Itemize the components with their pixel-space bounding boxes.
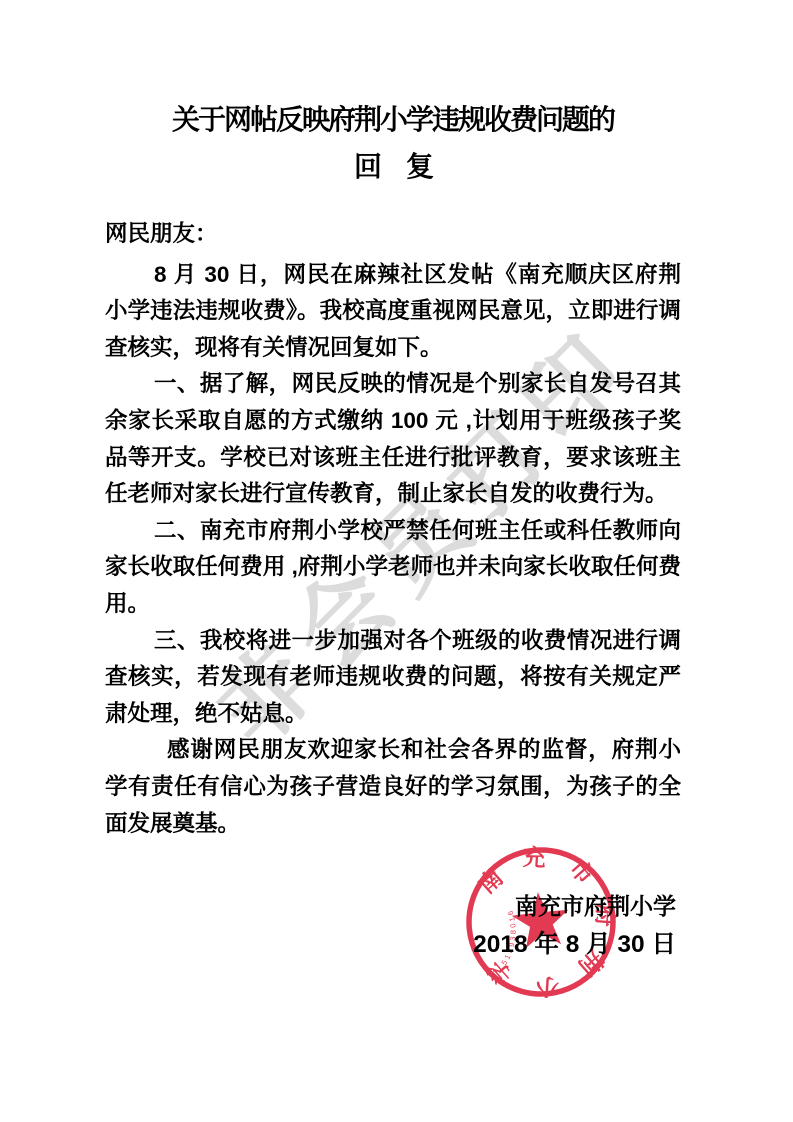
document-body: 关于网帖反映府荆小学违规收费问题的 回 复 网民朋友： 8 月 30 日，网民在… <box>105 0 681 842</box>
signature-date: 2018 年 8 月 30 日 <box>473 925 676 964</box>
document-title: 关于网帖反映府荆小学违规收费问题的 回 复 <box>105 96 681 190</box>
title-line-2: 回 复 <box>105 143 681 190</box>
signature-school-name: 南充市府荆小学 <box>473 888 676 925</box>
title-line-1: 关于网帖反映府荆小学违规收费问题的 <box>105 96 681 143</box>
document-page: { "page": { "background": "#ffffff" }, "… <box>0 0 793 1122</box>
body-paragraph: 三、我校将进一步加强对各个班级的收费情况进行调查核实，若发现有老师违规收费的问题… <box>105 623 681 733</box>
body-paragraph: 感谢网民朋友欢迎家长和社会各界的监督，府荆小学有责任有信心为孩子营造良好的学习氛… <box>105 732 681 842</box>
salutation: 网民朋友： <box>105 216 681 253</box>
body-paragraph: 8 月 30 日，网民在麻辣社区发帖《南充顺庆区府荆小学违法违规收费》。我校高度… <box>105 257 681 367</box>
body-paragraph: 二、南充市府荆小学校严禁任何班主任或科任教师向家长收取任何费用 ,府荆小学老师也… <box>105 513 681 623</box>
body-paragraph: 一、据了解，网民反映的情况是个别家长自发号召其余家长采取自愿的方式缴纳 100 … <box>105 366 681 512</box>
signature-block: 南充市府荆小学 2018 年 8 月 30 日 <box>473 888 680 964</box>
paragraph-list: 8 月 30 日，网民在麻辣社区发帖《南充顺庆区府荆小学违法违规收费》。我校高度… <box>105 257 681 843</box>
